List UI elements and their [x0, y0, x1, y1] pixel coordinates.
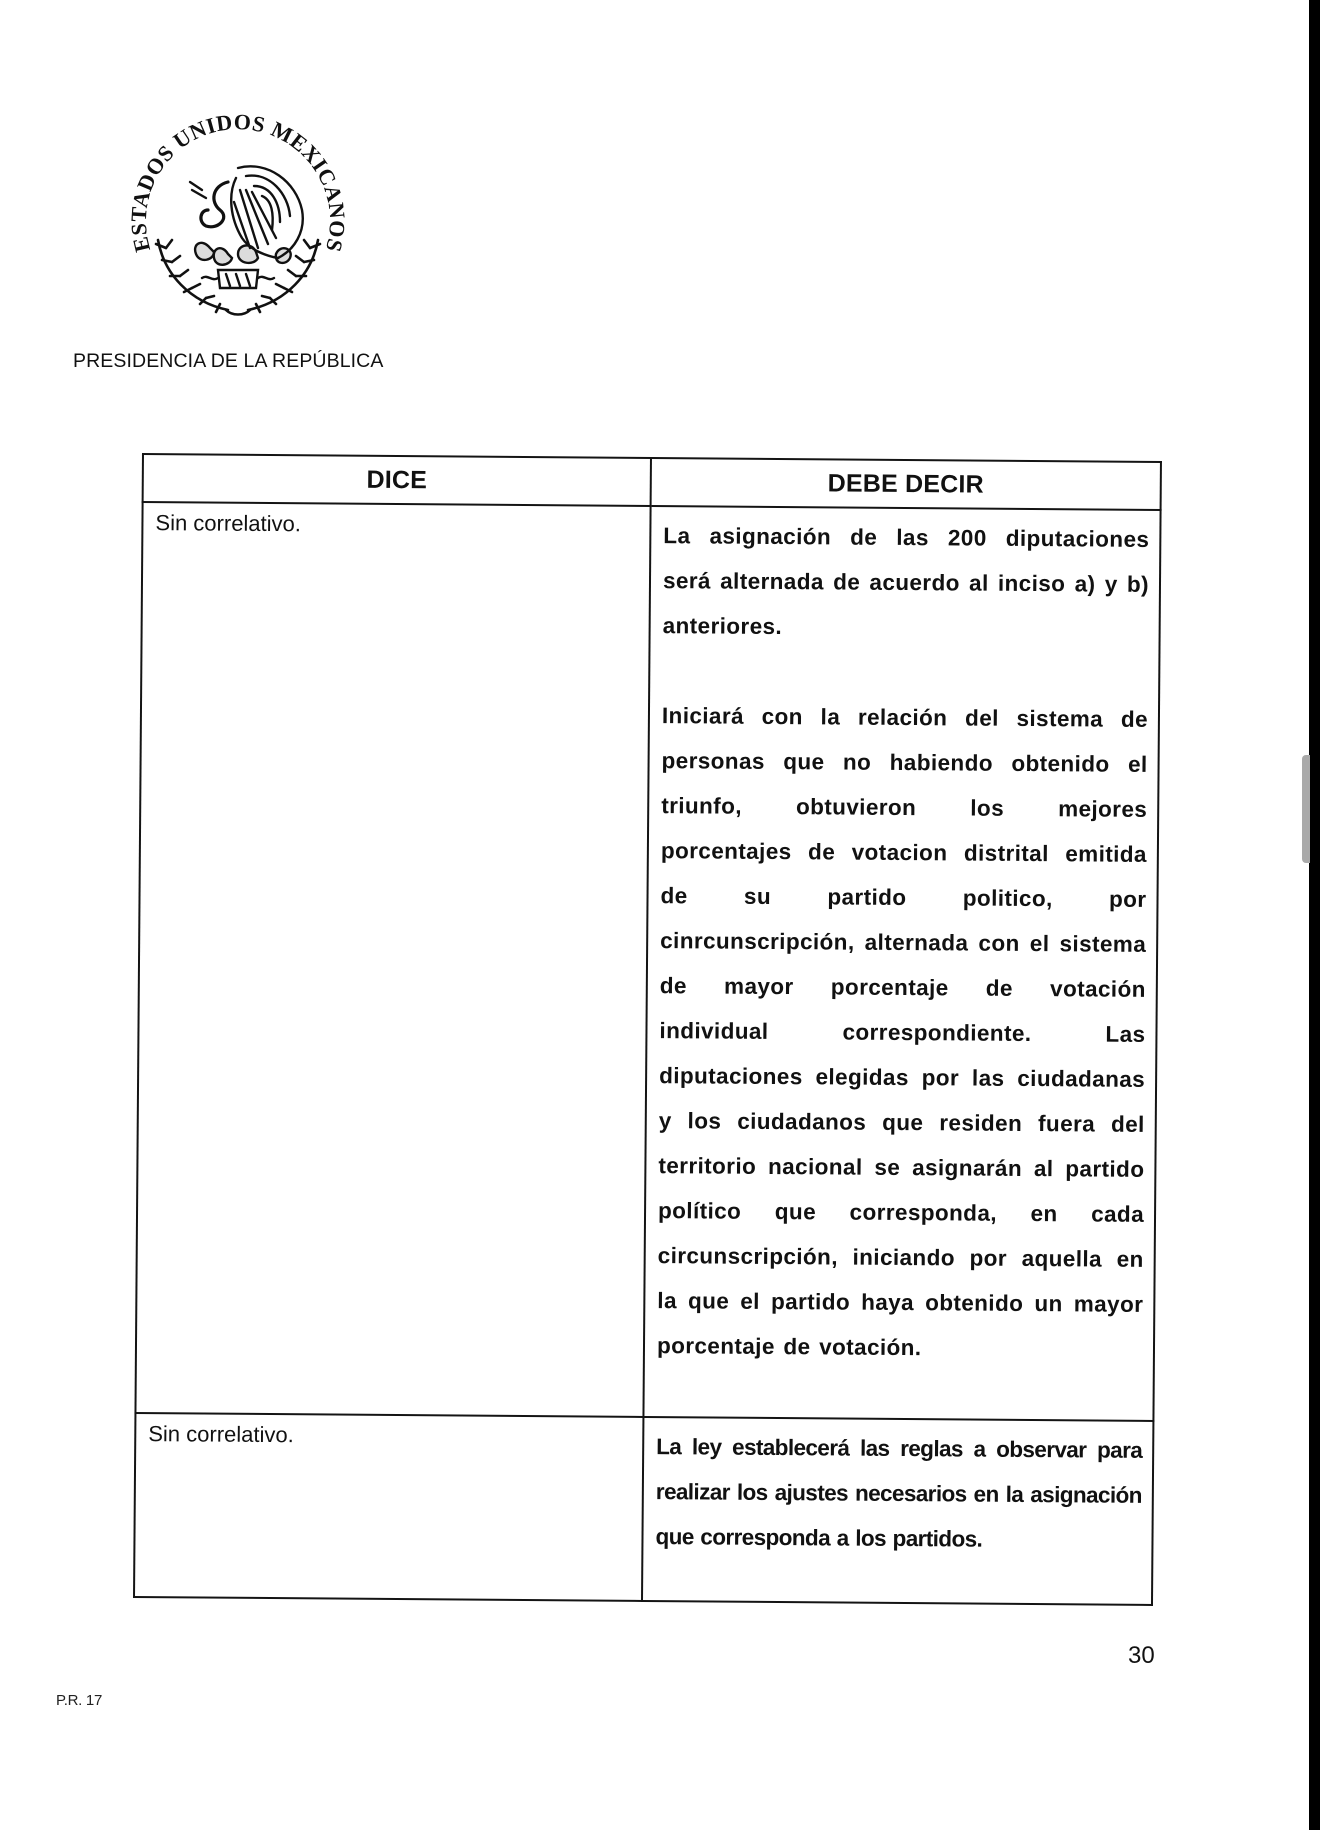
- table-header-row: DICE DEBE DECIR: [143, 454, 1161, 510]
- document-page: ESTADOS UNIDOS MEXICANOS: [0, 0, 1309, 1830]
- document-code: P.R. 17: [56, 1692, 102, 1709]
- column-header-debe-decir: DEBE DECIR: [651, 458, 1161, 510]
- organization-name: PRESIDENCIA DE LA REPÚBLICA: [73, 350, 383, 373]
- table-row: Sin correlativo. La asignación de las 20…: [135, 502, 1160, 1421]
- table-row: Sin correlativo. La ley establecerá las …: [134, 1413, 1153, 1605]
- comparison-table: DICE DEBE DECIR Sin correlativo. La asig…: [133, 453, 1160, 1606]
- page-number: 30: [1128, 1642, 1155, 1670]
- debe-decir-paragraph: La ley establecerá las reglas a observar…: [655, 1424, 1142, 1563]
- dice-cell: Sin correlativo.: [135, 502, 650, 1417]
- debe-decir-cell: La asignación de las 200 diputaciones se…: [643, 506, 1160, 1421]
- debe-decir-cell: La ley establecerá las reglas a observar…: [642, 1417, 1153, 1605]
- vertical-scrollbar-thumb[interactable]: [1302, 755, 1310, 863]
- column-header-dice: DICE: [143, 454, 651, 506]
- debe-decir-paragraph: Iniciará con la relación del sistema de …: [657, 693, 1148, 1372]
- national-coat-of-arms-icon: ESTADOS UNIDOS MEXICANOS: [118, 98, 358, 338]
- debe-decir-paragraph: La asignación de las 200 diputaciones se…: [662, 513, 1149, 652]
- viewer-edge: [1309, 0, 1320, 1830]
- dice-cell: Sin correlativo.: [134, 1413, 643, 1601]
